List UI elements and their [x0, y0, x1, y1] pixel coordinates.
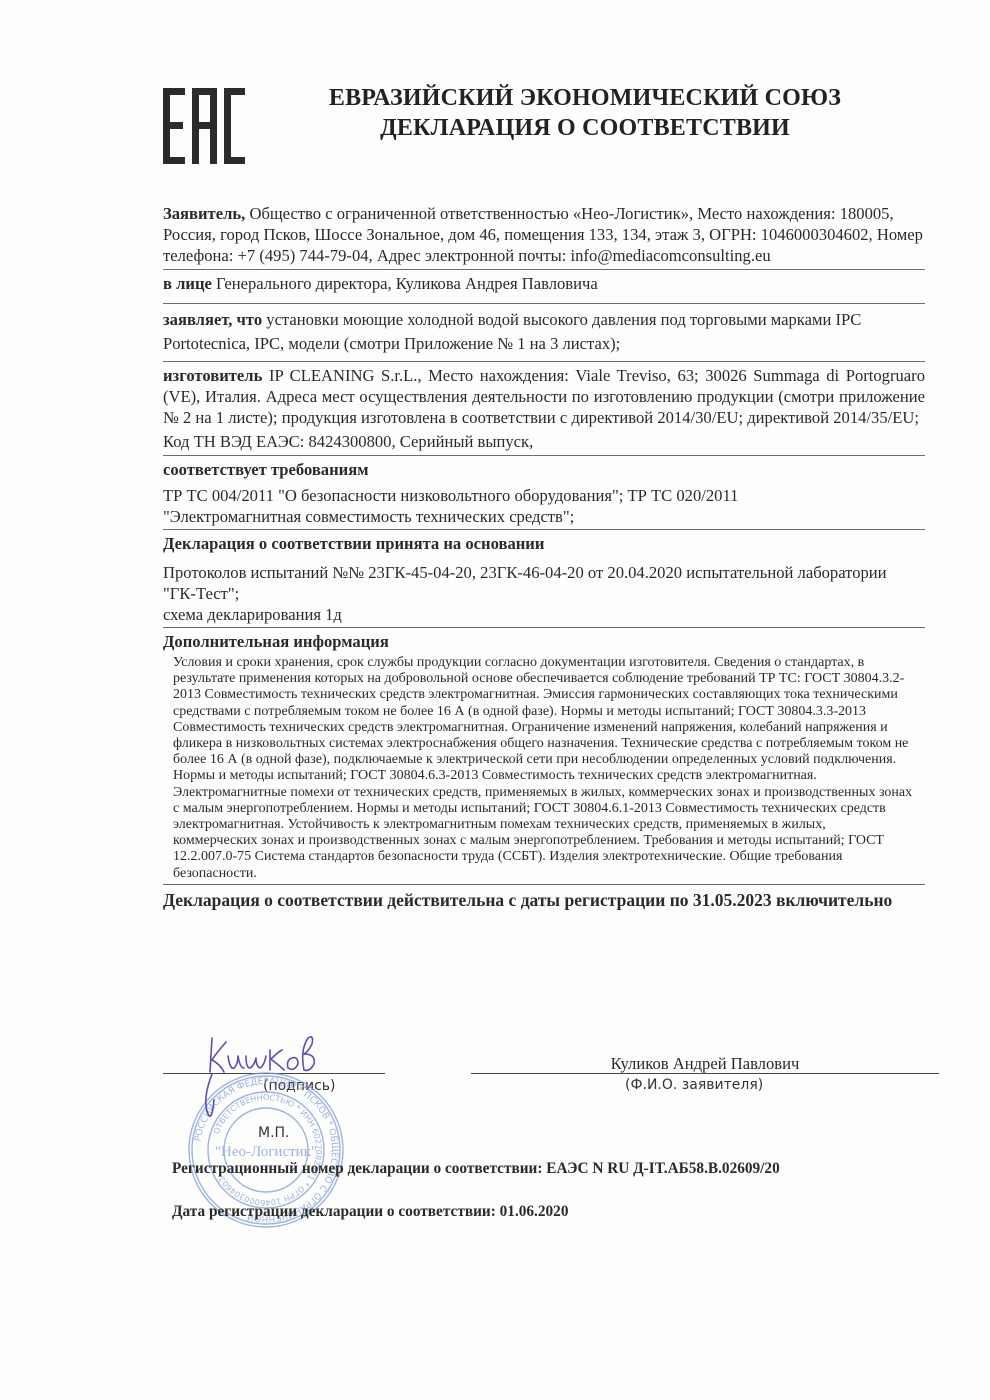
declaration-title: ДЕКЛАРАЦИЯ О СООТВЕТСТВИИ	[300, 113, 870, 143]
complies-text: ТР ТС 004/2011 "О безопасности низковоль…	[163, 485, 843, 529]
registration-date: Дата регистрации декларации о соответств…	[172, 1203, 568, 1221]
applicant-label: Заявитель,	[163, 204, 245, 223]
handwritten-signature-icon	[200, 1030, 330, 1130]
manufacturer-section: изготовитель IP CLEANING S.r.L., Место н…	[163, 362, 925, 431]
applicant-text: Общество с ограниченной ответственностью…	[163, 204, 923, 265]
union-title: ЕВРАЗИЙСКИЙ ЭКОНОМИЧЕСКИЙ СОЮЗ	[300, 83, 870, 113]
represented-by-section: в лице Генерального директора, Куликова …	[163, 270, 925, 303]
complies-title: соответствует требованиям	[163, 456, 925, 485]
manufacturer-label: изготовитель	[163, 366, 262, 385]
document-header: ЕВРАЗИЙСКИЙ ЭКОНОМИЧЕСКИЙ СОЮЗ ДЕКЛАРАЦИ…	[300, 83, 870, 143]
represented-by-label: в лице	[163, 274, 212, 293]
declares-section: заявляет, что установки моющие холодной …	[163, 304, 925, 361]
basis-title: Декларация о соответствии принята на осн…	[163, 530, 925, 562]
declares-label: заявляет, что	[163, 310, 262, 329]
declaration-body: Заявитель, Общество с ограниченной ответ…	[163, 203, 925, 911]
basis-text: Протоколов испытаний №№ 23ГК-45-04-20, 2…	[163, 562, 903, 604]
additional-info-text: Условия и сроки хранения, срок службы пр…	[163, 655, 913, 884]
registration-number: Регистрационный номер декларации о соотв…	[172, 1160, 780, 1178]
applicant-full-name: Куликов Андрей Павлович	[471, 1054, 939, 1074]
name-caption: (Ф.И.О. заявителя)	[625, 1077, 763, 1093]
stamp-center-text: "Нео-Логистик"	[215, 1144, 317, 1160]
declaration-scheme: схема декларирования 1д	[163, 604, 925, 627]
declares-text: установки моющие холодной водой высокого…	[163, 310, 861, 353]
manufacturer-text: IP CLEANING S.r.L., Место нахождения: Vi…	[163, 366, 925, 427]
represented-by-text: Генерального директора, Куликова Андрея …	[212, 274, 598, 293]
applicant-section: Заявитель, Общество с ограниченной ответ…	[163, 203, 925, 269]
validity-statement: Декларация о соответствии действительна …	[163, 885, 925, 911]
additional-info-title: Дополнительная информация	[163, 628, 925, 655]
hs-code-line: Код ТН ВЭД ЕАЭС: 8424300800, Серийный вы…	[163, 431, 925, 455]
eac-mark-icon	[163, 88, 245, 164]
